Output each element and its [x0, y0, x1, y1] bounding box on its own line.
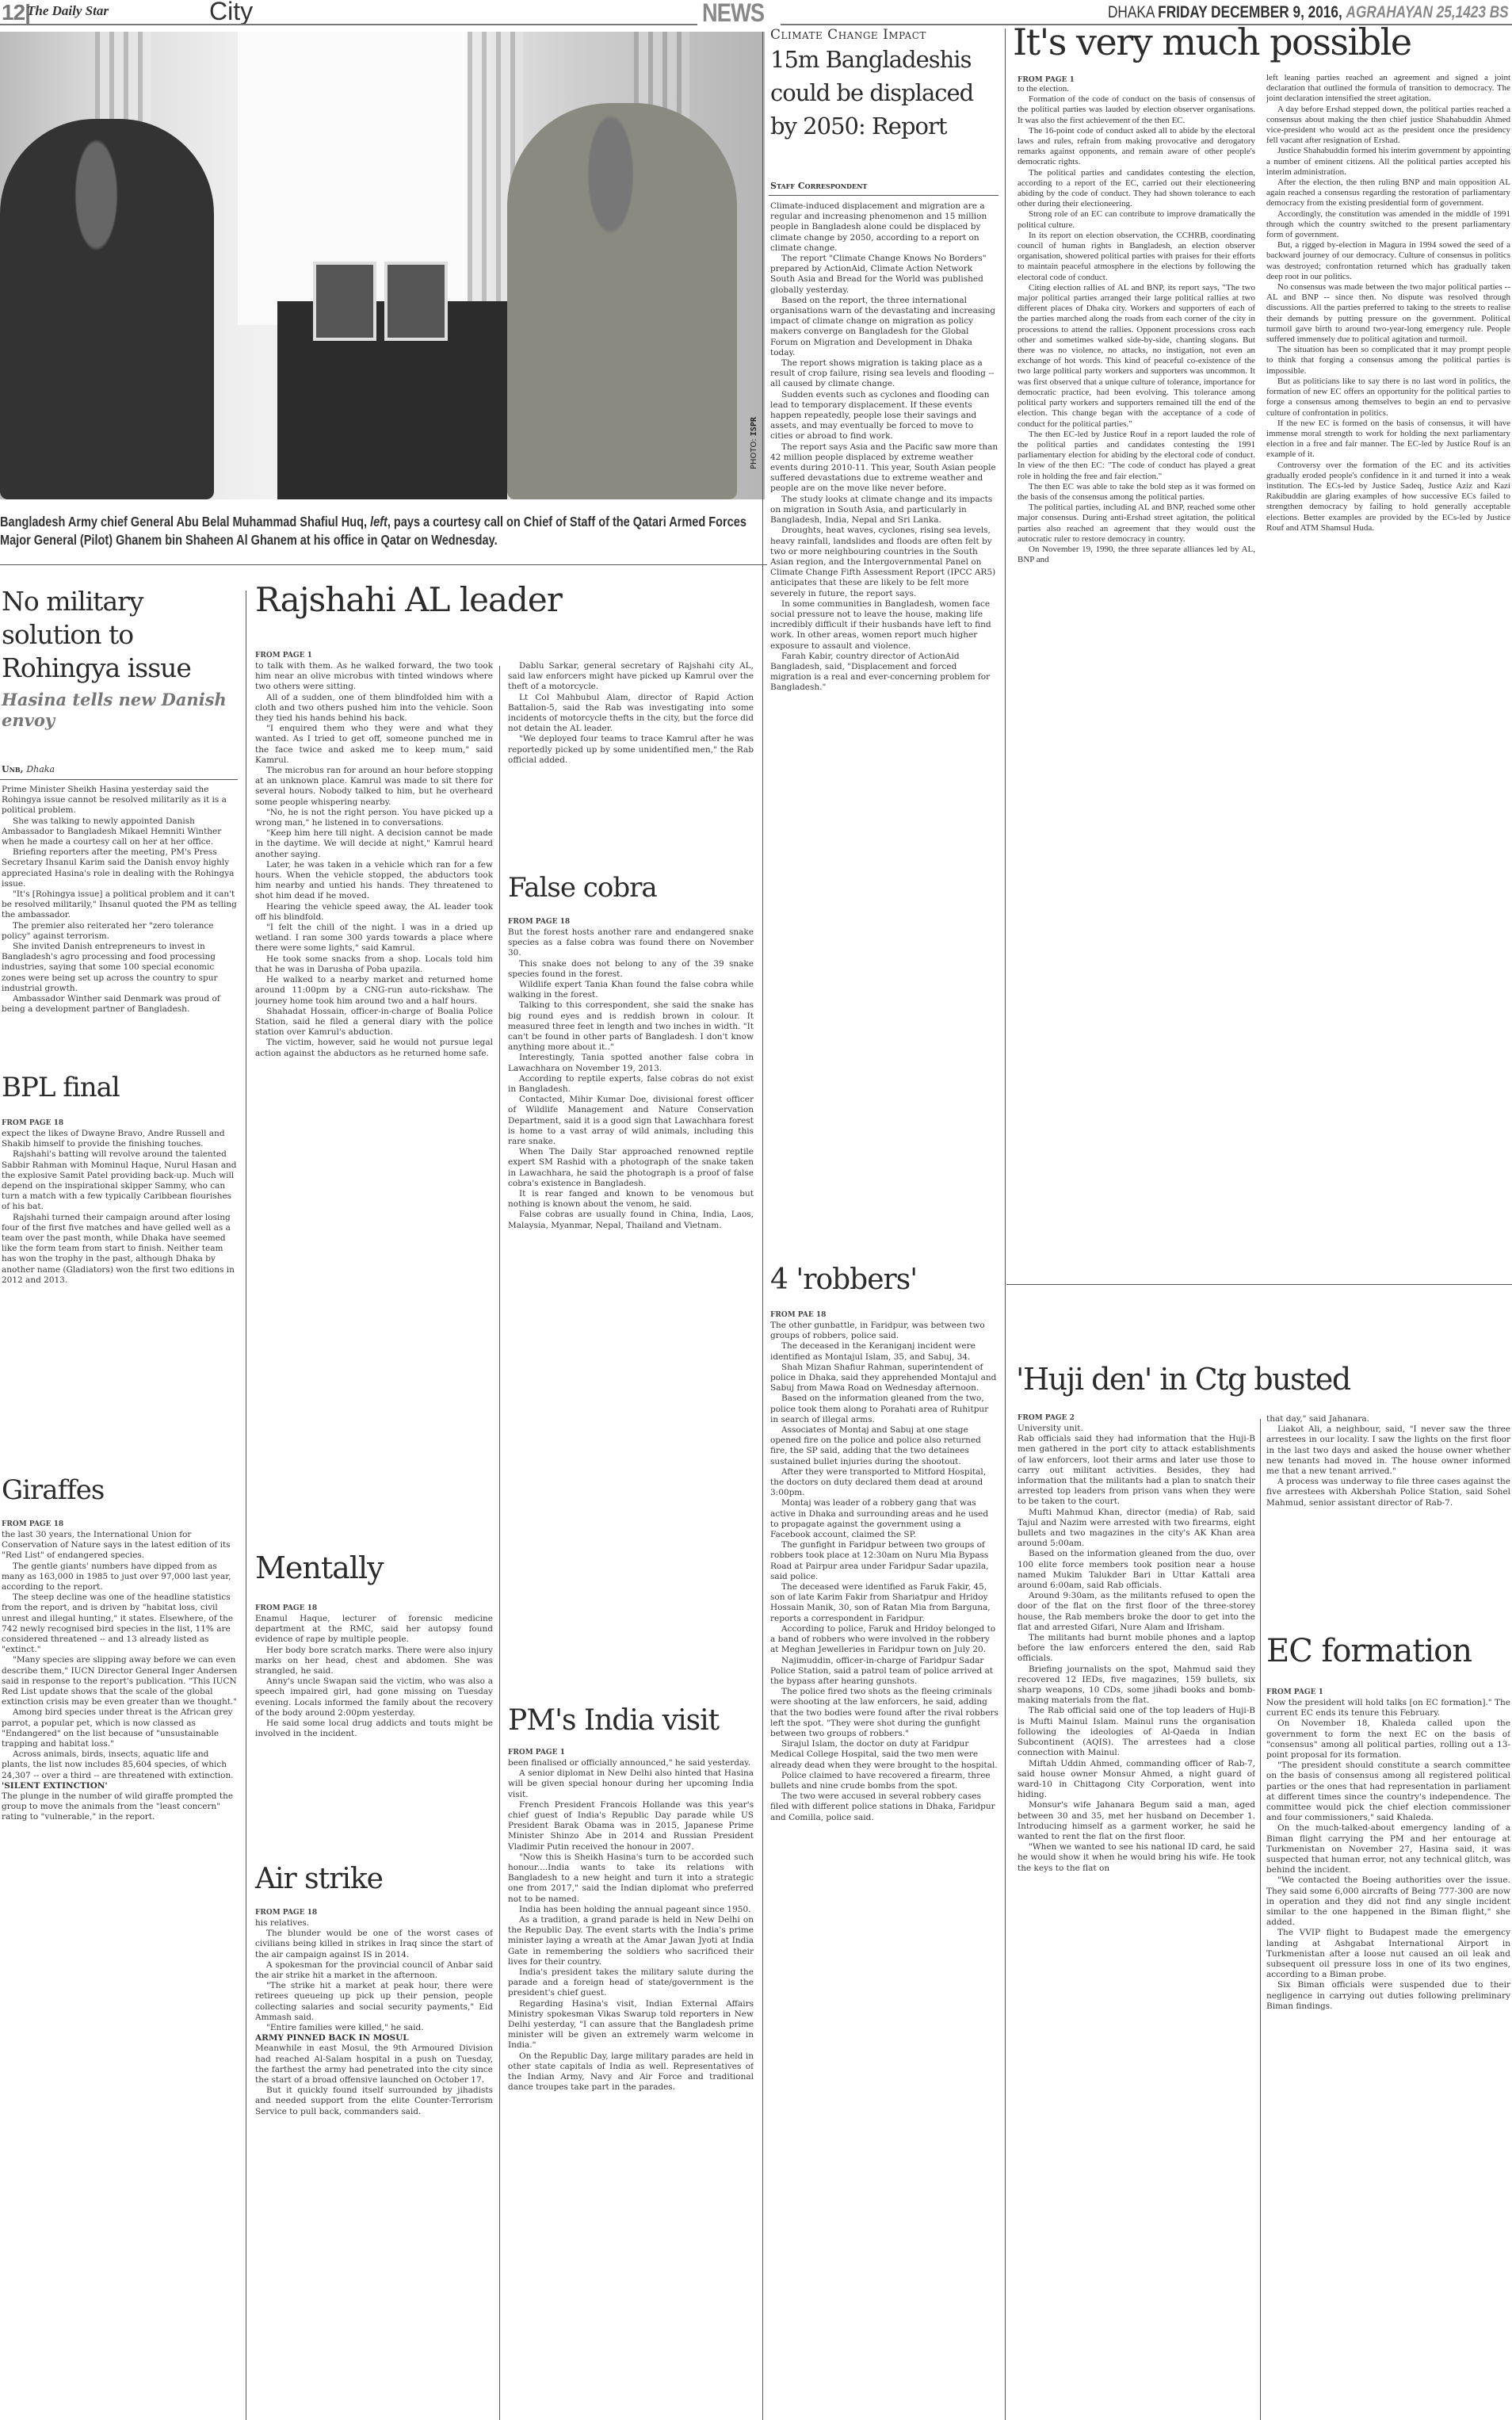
page-number: 12|: [2, 0, 30, 25]
dateline-city: DHAKA: [1108, 3, 1154, 21]
from-page-rajshahi: FROM PAGE 1: [255, 652, 312, 659]
photo-credit: PHOTO: ISPR: [750, 417, 758, 469]
column-divider: [762, 32, 763, 2420]
from-page-pm-india: FROM PAGE 1: [508, 1749, 565, 1757]
photo-portrait-frame: [313, 262, 376, 341]
headline-climate: 15m Bangladeshis could be displaced by 2…: [770, 43, 1000, 143]
headline-air-strike: Air strike: [255, 1863, 383, 1895]
body-huji-col2: that day," said Jahanara. Liakot Ali, a …: [1266, 1414, 1510, 1628]
photo-caption: Bangladesh Army chief General Abu Belal …: [0, 513, 765, 549]
body-ec-formation: Now the president will hold talks [on EC…: [1266, 1698, 1510, 2420]
body-possible-col1: to the election. Formation of the code o…: [1018, 84, 1255, 1276]
news-photo: [0, 32, 765, 499]
byline-rohingya: Unb, Dhaka: [2, 764, 55, 774]
body-air-strike: his relatives. The blunder would be one …: [255, 1918, 493, 2420]
column-divider: [1005, 29, 1006, 2420]
body-false-cobra: But the forest hosts another rare and en…: [508, 927, 754, 1688]
headline-pm-india-visit: PM's India visit: [508, 1704, 719, 1737]
masthead-rule-left: [0, 24, 697, 25]
kicker-climate: Climate Change Impact: [770, 27, 926, 43]
headline-false-cobra: False cobra: [508, 872, 657, 904]
dateline: DHAKA FRIDAY DECEMBER 9, 2016, AGRAHAYAN…: [1108, 3, 1509, 22]
body-bpl: expect the likes of Dwayne Bravo, Andre …: [2, 1129, 238, 1430]
headline-huji-den: 'Huji den' in Ctg busted: [1016, 1362, 1350, 1397]
byline-climate: Staff Correspondent: [770, 181, 867, 191]
headline-rohingya: No military solution to Rohingya issue: [2, 585, 239, 685]
from-page-cobra: FROM PAGE 18: [508, 918, 570, 926]
divider: [769, 195, 998, 196]
headline-rajshahi: Rajshahi AL leader: [255, 580, 562, 619]
section-title: City: [209, 0, 253, 26]
divider: [1006, 1284, 1512, 1285]
body-possible-col2: left leaning parties reached an agreemen…: [1266, 73, 1510, 1276]
news-label: NEWS: [702, 0, 764, 28]
headline-ec-formation: EC formation: [1266, 1633, 1472, 1669]
headline-very-much-possible: It's very much possible: [1013, 21, 1411, 63]
photo-person-right: [507, 103, 737, 499]
subhead-rohingya: Hasina tells new Danish envoy: [2, 690, 239, 731]
dateline-bangla: AGRAHAYAN 25,1423 BS: [1346, 3, 1509, 21]
newspaper-logo: The Daily Star: [27, 3, 109, 19]
column-divider: [246, 591, 246, 2420]
from-page-bpl: FROM PAGE 18: [2, 1119, 63, 1127]
dateline-date: FRIDAY DECEMBER 9, 2016,: [1159, 3, 1343, 21]
body-rajshahi: to talk with them. As he walked forward,…: [255, 661, 493, 1565]
headline-4-robbers: 4 'robbers': [770, 1264, 917, 1296]
photo-person-left: [0, 119, 214, 499]
divider: [0, 564, 767, 565]
from-page-mentally: FROM PAGE 18: [255, 1604, 317, 1612]
from-page-huji: FROM PAGE 2: [1018, 1414, 1075, 1422]
from-page-ec: FROM PAGE 1: [1266, 1688, 1323, 1696]
photo-portrait-frame: [384, 262, 448, 341]
body-giraffes: the last 30 years, the International Uni…: [2, 1530, 238, 2420]
body-pm-india-visit: been finalised or officially announced,"…: [508, 1758, 754, 2420]
headline-giraffes: Giraffes: [2, 1474, 104, 1506]
body-rajshahi-col2: Dablu Sarkar, general secretary of Rajsh…: [508, 661, 754, 867]
column-divider: [499, 666, 500, 2420]
column-divider: [1260, 1419, 1261, 2420]
headline-mentally: Mentally: [255, 1550, 384, 1585]
body-huji-col1: University unit. Rab officials said they…: [1018, 1424, 1255, 2420]
divider: [0, 779, 238, 780]
from-page-robbers: FROM PAE 18: [770, 1311, 826, 1319]
body-4-robbers: The other gunbattle, in Faridpur, was be…: [770, 1321, 998, 2420]
headline-bpl: BPL final: [2, 1072, 120, 1103]
from-page-airstrike: FROM PAGE 18: [255, 1909, 317, 1917]
body-climate: Climate-induced displacement and migrati…: [770, 201, 998, 1271]
from-page-giraffes: FROM PAGE 18: [2, 1520, 63, 1528]
from-page-possible: FROM PAGE 1: [1018, 76, 1075, 84]
body-rohingya: Prime Minister Sheikh Hasina yesterday s…: [2, 785, 238, 1070]
body-mentally: Enamul Haque, lecturer of forensic medic…: [255, 1614, 493, 1812]
